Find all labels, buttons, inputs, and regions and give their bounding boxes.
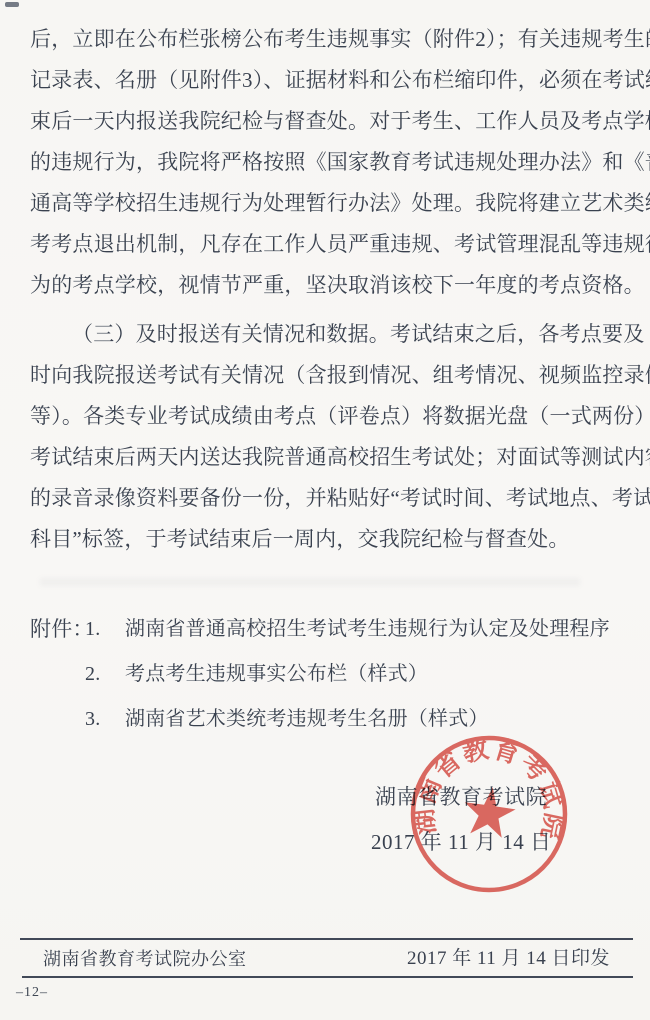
text-line: 时向我院报送考试有关情况（含报到情况、组考情况、视频监控录像	[30, 355, 624, 396]
footer-print-date: 2017 年 11 月 14 日印发	[407, 945, 610, 973]
footer-issuing-office: 湖南省教育考试院办公室	[43, 945, 247, 973]
document-page: 后，立即在公布栏张榜公布考生违规事实（附件2）；有关违规考生的 记录表、名册（见…	[0, 0, 650, 1020]
footer-rule-bottom	[22, 976, 633, 978]
footer-rule-top	[20, 938, 633, 940]
attachment-title: 考点考生违规事实公布栏（样式）	[125, 652, 624, 697]
attachment-title: 湖南省普通高校招生考试考生违规行为认定及处理程序	[125, 607, 624, 652]
seal-arc-label: 湖南省教育考试院	[409, 734, 569, 844]
official-seal-graphic: 湖南省教育考试院	[407, 732, 571, 896]
text-line: 通高等学校招生违规行为处理暂行办法》处理。我院将建立艺术类统	[30, 183, 624, 224]
attachments-label-spacer	[30, 652, 85, 697]
text-line: 的录音录像资料要备份一份，并粘贴好“考试时间、考试地点、考试	[30, 478, 624, 519]
seal-text: 湖南省教育考试院	[409, 734, 569, 844]
scan-artifact	[5, 2, 19, 7]
attachments-list: 附件： 1. 湖南省普通高校招生考试考生违规行为认定及处理程序 2. 考点考生违…	[30, 607, 624, 742]
text-line: 科目”标签，于考试结束后一周内，交我院纪检与督查处。	[30, 519, 624, 560]
attachments-label: 附件：	[30, 607, 85, 652]
attachments-label-spacer	[30, 697, 85, 742]
attachment-item: 2. 考点考生违规事实公布栏（样式）	[30, 652, 624, 697]
text-line: （三）及时报送有关情况和数据。考试结束之后，各考点要及	[30, 314, 624, 355]
official-seal: 湖南省教育考试院	[407, 732, 571, 896]
attachment-number: 1.	[85, 607, 125, 652]
attachment-number: 2.	[85, 652, 125, 697]
seal-star	[461, 784, 519, 839]
text-line: 考考点退出机制，凡存在工作人员严重违规、考试管理混乱等违规行	[30, 224, 624, 265]
attachment-item: 附件： 1. 湖南省普通高校招生考试考生违规行为认定及处理程序	[30, 607, 624, 652]
paragraph-continued: 后，立即在公布栏张榜公布考生违规事实（附件2）；有关违规考生的 记录表、名册（见…	[30, 19, 624, 306]
attachment-number: 3.	[85, 697, 125, 742]
text-line: 记录表、名册（见附件3）、证据材料和公布栏缩印件，必须在考试结	[30, 60, 624, 101]
text-line: 考试结束后两天内送达我院普通高校招生考试处；对面试等测试内容	[30, 437, 624, 478]
footer: 湖南省教育考试院办公室 2017 年 11 月 14 日印发	[43, 945, 610, 973]
text-line: 束后一天内报送我院纪检与督查处。对于考生、工作人员及考点学校	[30, 101, 624, 142]
text-line: 的违规行为，我院将严格按照《国家教育考试违规处理办法》和《普	[30, 142, 624, 183]
page-number: –12–	[16, 985, 48, 1001]
text-line: 为的考点学校，视情节严重，坚决取消该校下一年度的考点资格。	[30, 265, 624, 306]
paragraph-section-3: （三）及时报送有关情况和数据。考试结束之后，各考点要及 时向我院报送考试有关情况…	[30, 314, 624, 560]
text-line: 等）。各类专业考试成绩由考点（评卷点）将数据光盘（一式两份）于	[30, 396, 624, 437]
text-line: 后，立即在公布栏张榜公布考生违规事实（附件2）；有关违规考生的	[30, 19, 624, 60]
body-text: 后，立即在公布栏张榜公布考生违规事实（附件2）；有关违规考生的 记录表、名册（见…	[30, 19, 624, 742]
